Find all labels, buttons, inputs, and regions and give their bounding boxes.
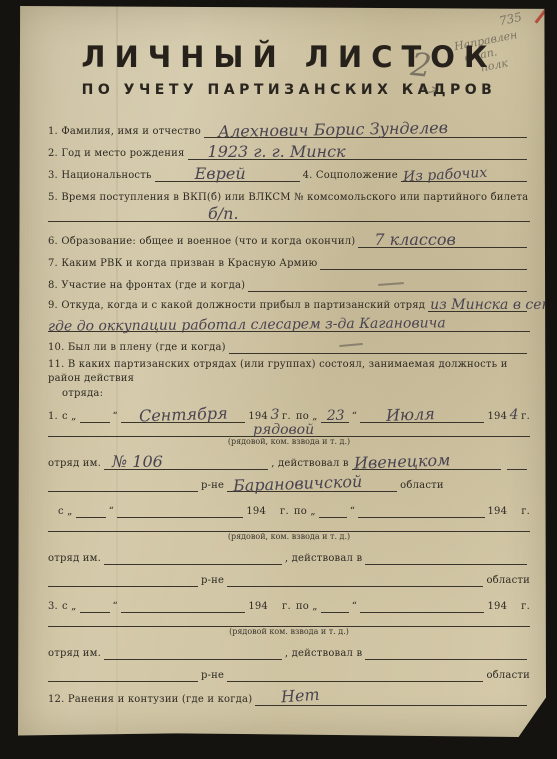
entry2-unit-line xyxy=(104,544,282,565)
field-captivity-line xyxy=(229,331,527,354)
pencil-dash xyxy=(378,282,404,286)
entry2-rank-line xyxy=(48,517,530,532)
entry3-month-from-line xyxy=(121,592,245,613)
field-captivity: 10. Был ли в плену (где и когда) xyxy=(48,332,530,354)
red-corner-mark xyxy=(535,4,551,23)
entry2-day-to-line xyxy=(319,497,347,518)
ink-speck xyxy=(3,369,12,377)
entry3-rank-row xyxy=(48,613,530,627)
field-nationality-value: Еврей xyxy=(195,164,246,183)
service-entry-2: с „ “ 194 г. по „ “ 194 г. (рядовой, ком… xyxy=(48,498,530,587)
ink-speck xyxy=(7,606,12,611)
field-birth-value: 1923 г. г. Минск xyxy=(208,142,346,161)
entry3-district-row: р-не области xyxy=(48,660,530,682)
field-detachments-label: 11. В каких партизанских отрядах (или гр… xyxy=(48,358,530,387)
field-arrival-row2: где до оккупации работал слесарем з-да К… xyxy=(48,312,530,332)
entry3-day-to-line xyxy=(321,592,349,613)
field-surname: 1. Фамилия, имя и отчество Алехнович Бор… xyxy=(48,116,530,138)
entry1-year2-hand: 4 xyxy=(507,407,521,423)
field-arrival: 9. Откуда, когда и с какой должности при… xyxy=(48,292,530,312)
entry1-day-to: 23 xyxy=(327,408,345,424)
entry1-district-line: Барановичской xyxy=(227,469,397,492)
entry1-month-from-line: Сентября xyxy=(121,402,245,423)
entry2-oblast-label: области xyxy=(486,575,530,587)
field-party: 5. Время поступления в ВКП(б) или ВЛКСМ … xyxy=(48,182,530,204)
page-number-annotation: 735 xyxy=(498,10,523,28)
entry2-district-row: р-не области xyxy=(48,565,530,587)
entry1-district-lead-line xyxy=(48,469,198,492)
field-nationality-line: Еврей xyxy=(155,159,300,182)
entry1-day-from-line xyxy=(80,402,110,423)
field-party-value: б/п. xyxy=(208,204,239,223)
field-fronts-label: 8. Участие на фронтах (где и когда) xyxy=(48,280,245,292)
entry1-date-row: 1. с „ “ Сентября 194 3 г. по „ 23 “ Июл xyxy=(48,403,530,423)
entry3-unit-line xyxy=(104,639,282,660)
field-social-label: 4. Соцположение xyxy=(303,170,398,182)
field-surname-label: 1. Фамилия, имя и отчество xyxy=(48,126,201,138)
field-party-value-row: б/п. xyxy=(48,204,530,222)
entry2-acted-line xyxy=(365,544,527,565)
form-subtitle: ПО УЧЕТУ ПАРТИЗАНСКИХ КАДРОВ xyxy=(48,82,530,98)
entry1-acted-line: Ивенецком xyxy=(352,449,501,470)
pencil-dash xyxy=(339,343,363,347)
entry1-month-from: Сентября xyxy=(139,403,228,425)
ink-speck xyxy=(5,224,10,230)
entry3-unit-row: отряд им. , действовал в xyxy=(48,640,530,660)
entry1-acted-value: Ивенецком xyxy=(353,450,450,472)
entry3-oblast-label: области xyxy=(486,670,530,682)
entry1-oblast-label: области xyxy=(400,480,444,492)
entry3-month-to-line xyxy=(360,592,484,613)
entry1-end-dash xyxy=(507,449,527,470)
field-arrival-line2: где до оккупации работал слесарем з-да К… xyxy=(48,311,530,332)
entry2-rank-hint: (рядовой, ком. взвода и т. д.) xyxy=(48,532,530,543)
entry1-rank-row: рядовой xyxy=(48,423,530,437)
entry1-rank-line: рядовой xyxy=(48,422,530,437)
field-detachments: 11. В каких партизанских отрядах (или гр… xyxy=(48,358,530,401)
entry3-date-row: 3. с „ “ 194 г. по „ “ 194 г. xyxy=(48,593,530,613)
entry1-district-value: Барановичской xyxy=(233,472,363,496)
field-detachments-label2: отряда: xyxy=(48,387,530,401)
entry1-unit-line: № 106 xyxy=(104,449,268,470)
field-captivity-label: 10. Был ли в плену (где и когда) xyxy=(48,342,226,354)
entry3-district-lead-line xyxy=(48,659,198,682)
field-wounds: 12. Ранения и контузии (где и когда) Нет xyxy=(48,686,530,706)
entry3-day-from-line xyxy=(80,592,110,613)
field-education: 6. Образование: общее и военное (что и к… xyxy=(48,226,530,248)
field-party-line: б/п. xyxy=(48,203,530,222)
entry1-year1-hand: 3 xyxy=(268,407,282,423)
entry1-district-row: р-не Барановичской области xyxy=(48,470,530,492)
entry2-rank-row xyxy=(48,518,530,532)
ink-speck xyxy=(5,513,12,519)
entry2-day-from-line xyxy=(76,497,106,518)
entry1-month-to: Июля xyxy=(386,404,435,425)
entry1-district-label: р-не xyxy=(201,480,224,492)
entry1-rank-value: рядовой xyxy=(253,422,314,438)
entry3-district-label: р-не xyxy=(201,670,224,682)
entry2-district-line xyxy=(227,564,483,587)
form-title: ЛИЧНЫЙ ЛИСТОК xyxy=(48,40,530,74)
field-rvk: 7. Каким РВК и когда призван в Красную А… xyxy=(48,248,530,270)
field-wounds-line: Нет xyxy=(255,685,527,706)
entry2-district-label: р-не xyxy=(201,575,224,587)
ink-speck xyxy=(6,141,12,146)
entry3-district-line xyxy=(227,659,483,682)
field-wounds-value: Нет xyxy=(281,685,321,707)
field-rvk-line xyxy=(320,247,527,270)
entry2-month-from-line xyxy=(117,497,243,518)
entry2-date-row: с „ “ 194 г. по „ “ 194 г. xyxy=(48,498,530,518)
field-social-line: Из рабочих xyxy=(401,159,527,182)
scanned-form-page: 735 Направлен в зап. полк 2 ЛИЧНЫЙ ЛИСТО… xyxy=(18,6,546,737)
entry1-day-to-line: 23 xyxy=(321,402,349,423)
entry1-month-to-line: Июля xyxy=(360,402,484,423)
entry1-rank-hint: (рядовой, ком. взвода и т. д.) xyxy=(48,437,530,448)
field-fronts-line xyxy=(248,269,527,292)
field-surname-line: Алехнович Борис Зунделев xyxy=(204,115,527,138)
entry3-rank-hint: (рядовой ком. взвода и т. д.) xyxy=(48,627,530,638)
entry2-month-to-line xyxy=(358,497,484,518)
service-entry-1: 1. с „ “ Сентября 194 3 г. по „ 23 “ Июл xyxy=(48,403,530,492)
service-entry-3: 3. с „ “ 194 г. по „ “ 194 г. (рядовой к… xyxy=(48,593,530,682)
field-fronts: 8. Участие на фронтах (где и когда) xyxy=(48,270,530,292)
entry3-acted-line xyxy=(365,639,527,660)
field-surname-value: Алехнович Борис Зунделев xyxy=(218,118,448,141)
field-education-value: 7 классов xyxy=(374,230,455,249)
entry2-unit-row: отряд им. , действовал в xyxy=(48,545,530,565)
field-arrival-line: из Минска в сент. 43 г. xyxy=(428,291,527,312)
entry2-district-lead-line xyxy=(48,564,198,587)
field-nationality-social: 3. Национальность Еврей 4. Соцположение … xyxy=(48,160,530,182)
field-wounds-label: 12. Ранения и контузии (где и когда) xyxy=(48,694,252,706)
field-education-line: 7 классов xyxy=(358,225,527,248)
field-nationality-label: 3. Национальность xyxy=(48,170,152,182)
field-birth: 2. Год и место рождения 1923 г. г. Минск xyxy=(48,138,530,160)
field-education-label: 6. Образование: общее и военное (что и к… xyxy=(48,236,355,248)
entry3-rank-line xyxy=(48,612,530,627)
field-arrival-value: из Минска в сент. 43 г. xyxy=(430,297,557,313)
entry1-unit-value: № 106 xyxy=(112,452,163,471)
entry1-unit-row: отряд им. № 106 , действовал в Ивенецком xyxy=(48,450,530,470)
